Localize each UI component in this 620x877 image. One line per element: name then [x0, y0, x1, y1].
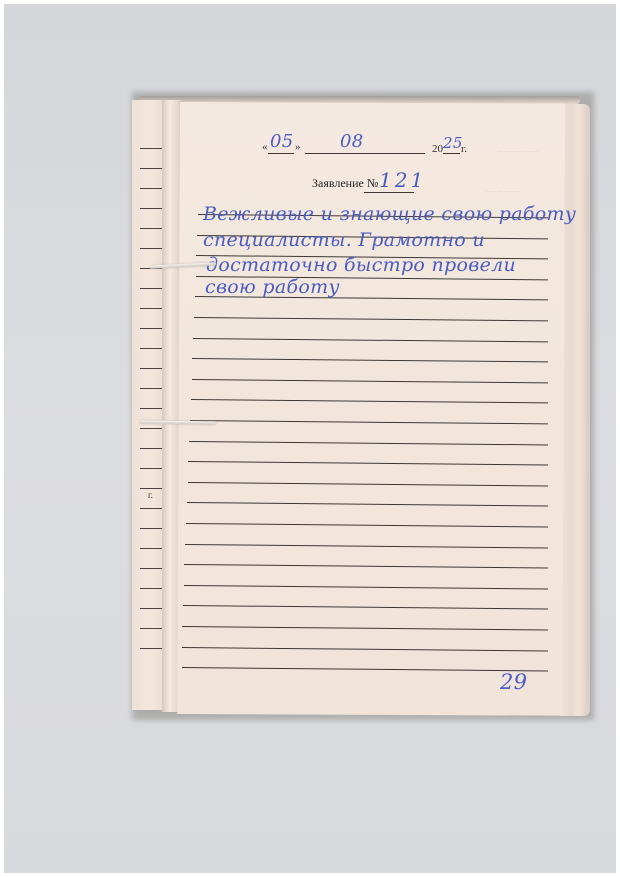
quote-close: » — [295, 141, 301, 153]
stub-ruled-line — [140, 288, 162, 289]
stub-ruled-line — [140, 628, 162, 629]
stub-ruled-line — [140, 648, 162, 649]
stub-ruled-line — [140, 548, 162, 549]
handwritten-line-4: свою работу — [205, 276, 340, 298]
page-number: 29 — [500, 670, 527, 694]
stub-ruled-line — [140, 308, 162, 309]
bleed-through-text: ———— ——— — [498, 150, 538, 155]
stub-ruled-line — [140, 148, 162, 149]
year-prefix: 20 — [432, 143, 443, 155]
stub-ruled-line — [140, 368, 162, 369]
stub-ruled-line — [140, 328, 162, 329]
stub-ruled-line — [140, 508, 162, 509]
stub-ruled-line — [140, 448, 162, 449]
stub-ruled-line — [140, 528, 162, 529]
left-strip-mark: г. — [148, 490, 153, 500]
stub-ruled-line — [140, 168, 162, 169]
year-underline — [443, 153, 460, 154]
stub-ruled-line — [140, 588, 162, 589]
month-underline — [305, 153, 425, 154]
bleed-through-text: ——— ——— — [486, 190, 521, 195]
handwritten-line-1: Вежливые и знающие свою работу — [203, 203, 576, 225]
year-unit: г. — [461, 143, 467, 155]
handwritten-line-3: достаточно быстро провели — [206, 254, 516, 276]
date-month: 08 — [340, 131, 364, 152]
quote-open: « — [262, 141, 268, 153]
stub-ruled-line — [140, 388, 162, 389]
stub-ruled-line — [140, 208, 162, 209]
stub-ruled-line — [140, 408, 162, 409]
stub-ruled-line — [140, 228, 162, 229]
day-underline — [268, 153, 294, 154]
stub-ruled-line — [140, 248, 162, 249]
stub-ruled-line — [140, 608, 162, 609]
stub-ruled-line — [140, 428, 162, 429]
stub-ruled-line — [140, 488, 162, 489]
date-day: 05 — [270, 131, 294, 152]
statement-title: Заявление № — [312, 176, 378, 191]
statement-number: 121 — [379, 168, 426, 192]
year-suffix: 25 — [443, 134, 463, 152]
stub-ruled-line — [140, 348, 162, 349]
stub-ruled-line — [140, 188, 162, 189]
statement-number-underline — [364, 192, 414, 193]
stub-ruled-line — [140, 568, 162, 569]
handwritten-line-2: специалисты. Грамотно и — [203, 229, 485, 251]
stub-ruled-line — [140, 468, 162, 469]
